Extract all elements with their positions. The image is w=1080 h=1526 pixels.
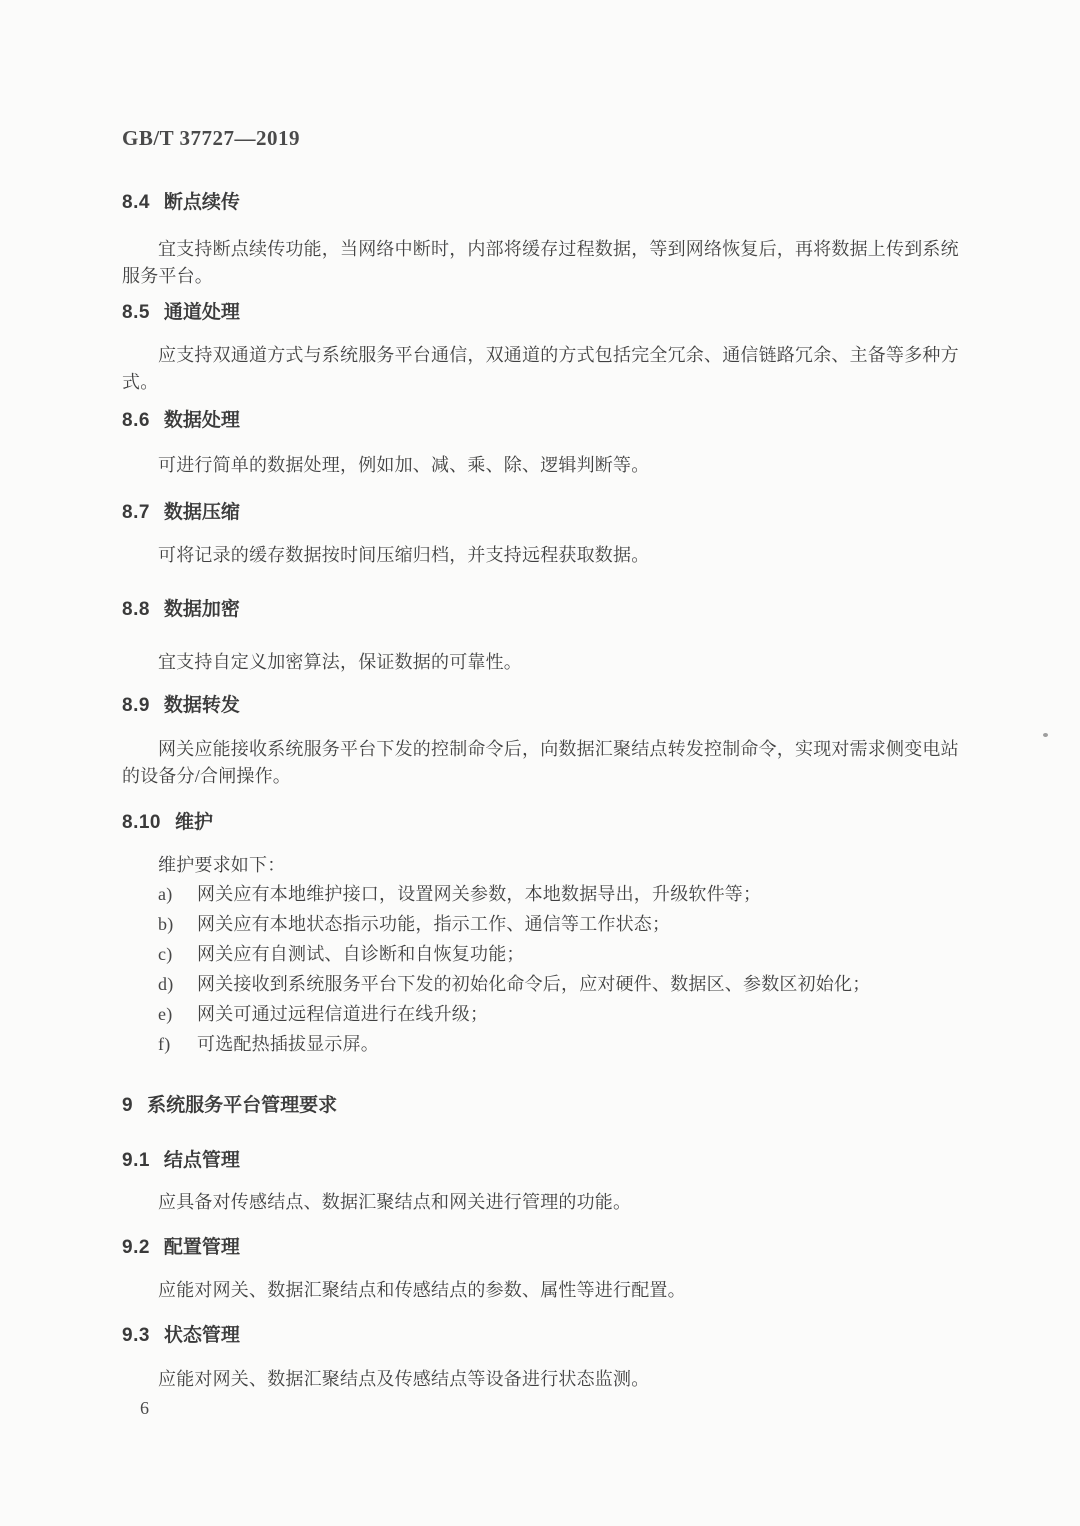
list-item-e: e)网关可通过远程信道进行在线升级； [122, 999, 960, 1029]
section-title: 通道处理 [164, 301, 240, 325]
list-item-text: 可选配热插拔显示屏。 [197, 1034, 379, 1054]
page-number: 6 [140, 1396, 149, 1420]
list-item-b: b)网关应有本地状态指示功能，指示工作、通信等工作状态； [122, 909, 960, 939]
section-title: 维护 [175, 811, 213, 835]
list-item-f: f)可选配热插拔显示屏。 [122, 1029, 960, 1059]
section-heading-8-10: 8.10 维护 [122, 811, 213, 835]
section-paragraph-9-3: 应能对网关、数据汇聚结点及传感结点等设备进行状态监测。 [122, 1366, 960, 1393]
section-number: 8.8 [122, 598, 150, 622]
section-title: 断点续传 [164, 191, 240, 215]
section-number: 8.6 [122, 409, 150, 433]
list-item-label: a) [158, 879, 197, 909]
section-heading-8-8: 8.8 数据加密 [122, 598, 240, 622]
section-paragraph-8-5: 应支持双通道方式与系统服务平台通信，双通道的方式包括完全冗余、通信链路冗余、主备… [122, 342, 960, 396]
section-heading-8-5: 8.5 通道处理 [122, 301, 240, 325]
section-number: 8.5 [122, 301, 150, 325]
section-paragraph-9-2: 应能对网关、数据汇聚结点和传感结点的参数、属性等进行配置。 [122, 1277, 960, 1304]
list-item-d: d)网关接收到系统服务平台下发的初始化命令后，应对硬件、数据区、参数区初始化； [122, 969, 960, 999]
chapter-heading-9: 9 系统服务平台管理要求 [122, 1094, 337, 1118]
list-item-text: 网关应有自测试、自诊断和自恢复功能； [197, 944, 525, 964]
list-item-label: c) [158, 939, 197, 969]
section-heading-8-6: 8.6 数据处理 [122, 409, 240, 433]
list-item-a: a)网关应有本地维护接口，设置网关参数，本地数据导出，升级软件等； [122, 879, 960, 909]
list-item-label: e) [158, 999, 197, 1029]
list-item-c: c)网关应有自测试、自诊断和自恢复功能； [122, 939, 960, 969]
section-number: 9.1 [122, 1149, 150, 1173]
maintenance-intro: 维护要求如下： [122, 852, 960, 879]
section-number: 9.3 [122, 1324, 150, 1348]
list-item-text: 网关可通过远程信道进行在线升级； [197, 1004, 488, 1024]
section-paragraph-9-1: 应具备对传感结点、数据汇聚结点和网关进行管理的功能。 [122, 1189, 960, 1216]
document-page: GB/T 37727—2019 8.4 断点续传 宜支持断点续传功能，当网络中断… [0, 0, 1080, 1526]
section-number: 9.2 [122, 1236, 150, 1260]
section-number: 8.9 [122, 694, 150, 718]
section-title: 数据压缩 [164, 501, 240, 525]
section-heading-8-4: 8.4 断点续传 [122, 191, 240, 215]
section-paragraph-8-6: 可进行简单的数据处理，例如加、减、乘、除、逻辑判断等。 [122, 452, 960, 479]
maintenance-list: a)网关应有本地维护接口，设置网关参数，本地数据导出，升级软件等； b)网关应有… [122, 879, 960, 1059]
section-heading-9-2: 9.2 配置管理 [122, 1236, 240, 1260]
section-paragraph-8-7: 可将记录的缓存数据按时间压缩归档，并支持远程获取数据。 [122, 542, 960, 569]
section-number: 8.4 [122, 191, 150, 215]
standard-number-header: GB/T 37727—2019 [122, 125, 300, 151]
list-item-label: d) [158, 969, 197, 999]
list-item-text: 网关接收到系统服务平台下发的初始化命令后，应对硬件、数据区、参数区初始化； [197, 974, 870, 994]
section-title: 数据转发 [164, 694, 240, 718]
list-item-label: b) [158, 909, 197, 939]
section-title: 结点管理 [164, 1149, 240, 1173]
section-title: 数据加密 [164, 598, 240, 622]
chapter-title: 系统服务平台管理要求 [147, 1094, 337, 1118]
section-heading-8-9: 8.9 数据转发 [122, 694, 240, 718]
list-item-label: f) [158, 1029, 197, 1059]
section-paragraph-8-9: 网关应能接收系统服务平台下发的控制命令后，向数据汇聚结点转发控制命令，实现对需求… [122, 736, 960, 790]
chapter-number: 9 [122, 1094, 133, 1118]
list-item-text: 网关应有本地状态指示功能，指示工作、通信等工作状态； [197, 914, 670, 934]
section-title: 配置管理 [164, 1236, 240, 1260]
section-paragraph-8-8: 宜支持自定义加密算法，保证数据的可靠性。 [122, 649, 960, 676]
section-title: 状态管理 [164, 1324, 240, 1348]
section-paragraph-8-4: 宜支持断点续传功能，当网络中断时，内部将缓存过程数据，等到网络恢复后，再将数据上… [122, 236, 960, 290]
section-number: 8.10 [122, 811, 161, 835]
section-number: 8.7 [122, 501, 150, 525]
section-heading-9-3: 9.3 状态管理 [122, 1324, 240, 1348]
section-heading-9-1: 9.1 结点管理 [122, 1149, 240, 1173]
section-title: 数据处理 [164, 409, 240, 433]
list-item-text: 网关应有本地维护接口，设置网关参数，本地数据导出，升级软件等； [197, 884, 761, 904]
section-heading-8-7: 8.7 数据压缩 [122, 501, 240, 525]
scan-artifact-dot [1043, 733, 1048, 737]
